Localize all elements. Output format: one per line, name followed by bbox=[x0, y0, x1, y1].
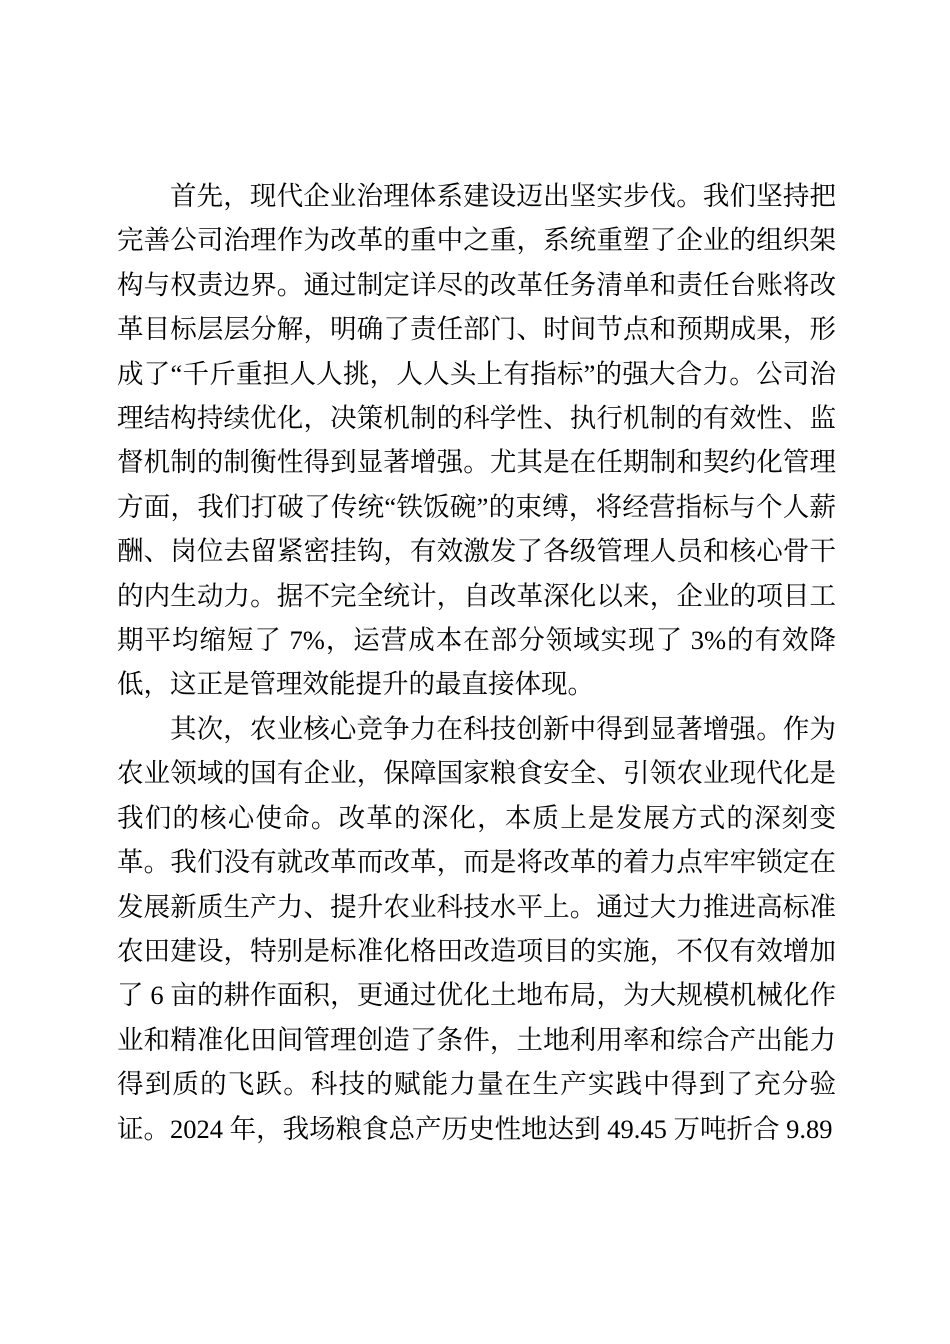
paragraph-agriculture-competitiveness: 其次，农业核心竞争力在科技创新中得到显著增强。作为农业领域的国有企业，保障国家粮… bbox=[117, 707, 836, 1151]
paragraph-governance-reform: 首先，现代企业治理体系建设迈出坚实步伐。我们坚持把完善公司治理作为改革的重中之重… bbox=[117, 174, 836, 707]
document-page: 首先，现代企业治理体系建设迈出坚实步伐。我们坚持把完善公司治理作为改革的重中之重… bbox=[0, 0, 950, 1344]
